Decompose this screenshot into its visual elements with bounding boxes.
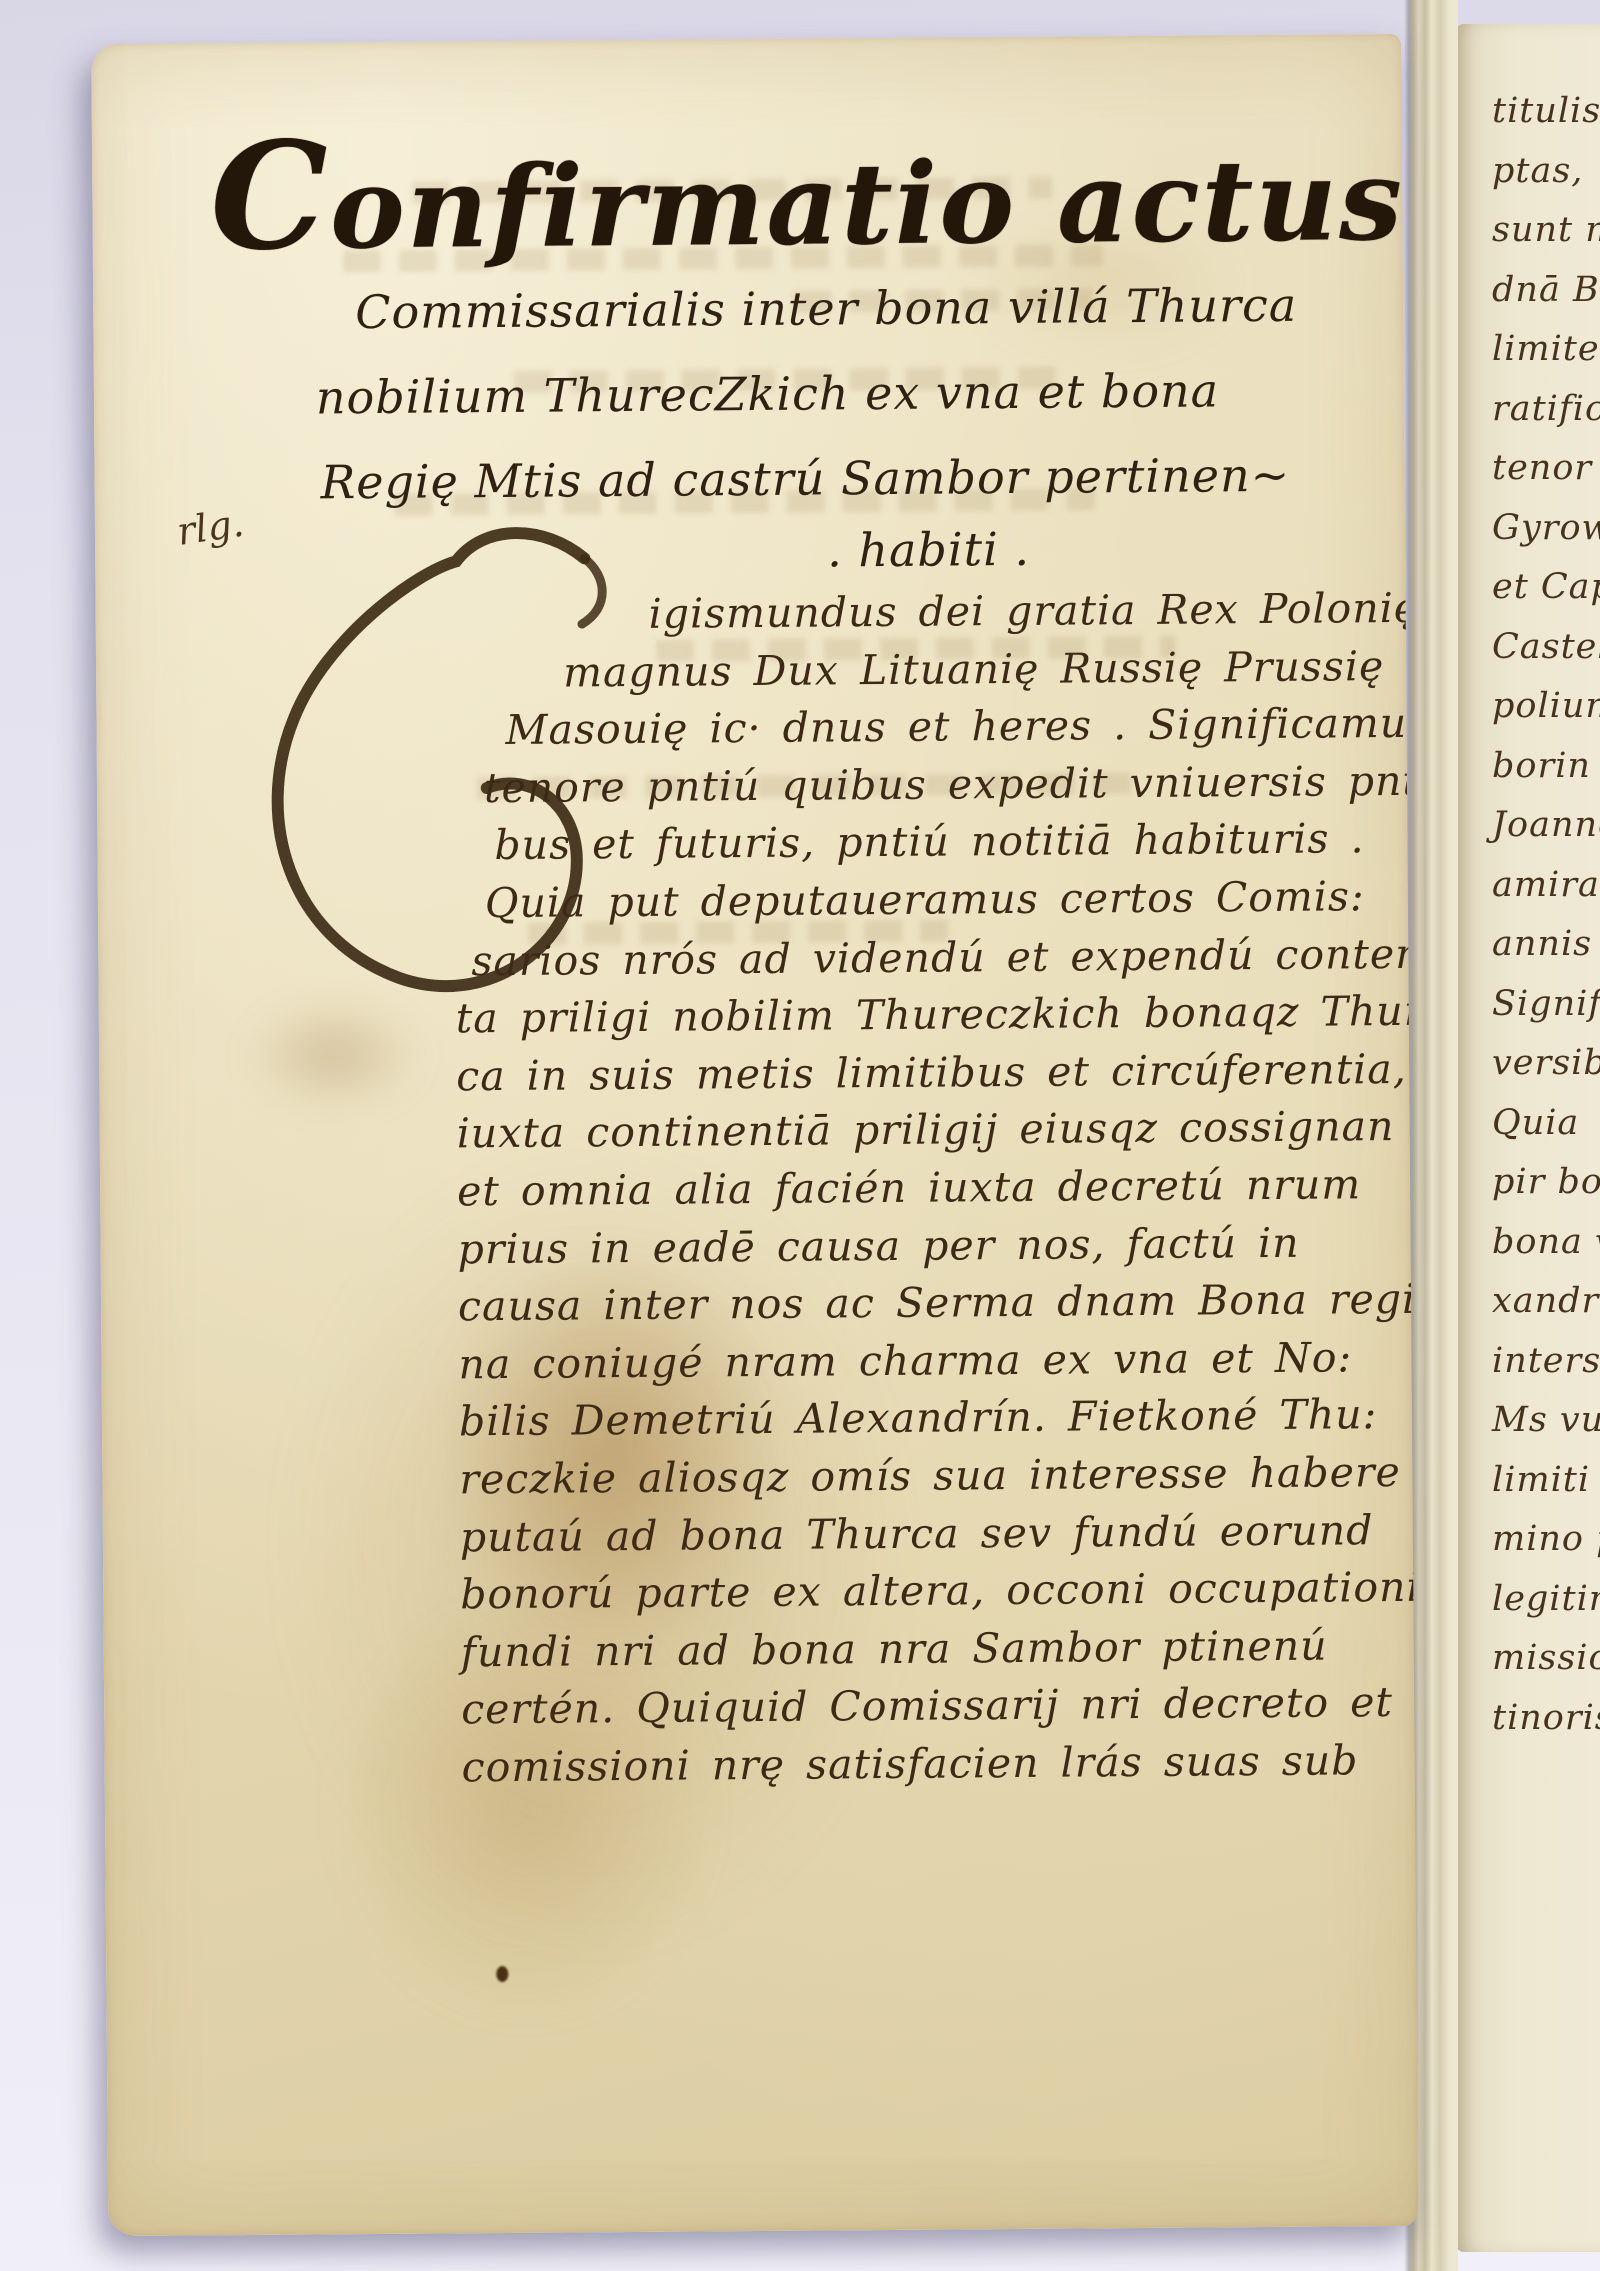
body-text-line: et omnia alia facién iuxta decretú nrum xyxy=(457,1156,1397,1221)
facing-page-text-fragment: legitimus xyxy=(1456,1570,1600,1630)
body-text-line: causa inter nos ac Serma dnam Bona regi: xyxy=(458,1271,1398,1336)
facing-page-text-fragment: ptas, xyxy=(1456,142,1600,202)
facing-page-text-fragment: tenor xyxy=(1456,439,1600,499)
facing-page-text-fragment: ratific xyxy=(1456,380,1600,440)
facing-page-text-fragment: sunt m xyxy=(1456,201,1600,261)
body-text-line: bonorú parte ex altera, occoni occupatio… xyxy=(460,1559,1400,1624)
facing-page-text-fragment: dnā B xyxy=(1456,261,1600,321)
body-text-line: magnus Dux Lituanię Russię Prussię xyxy=(453,638,1393,703)
body-text-line: certén. Quiquid Comissarij nri decreto e… xyxy=(461,1674,1401,1739)
facing-page-text-fragment: Joannes xyxy=(1456,796,1600,856)
body-text-line: Masouię ic· dnus et heres . Significamus xyxy=(453,695,1393,760)
body-text-line: ta priligi nobilim Thureczkich bonaqz Th… xyxy=(456,983,1396,1048)
facing-page-text-fragment: Castell xyxy=(1456,618,1600,678)
body-text-line: reczkie aliosqz omís sua interesse haber… xyxy=(459,1444,1399,1509)
drop-cap-letter: S xyxy=(385,1008,418,1064)
facing-page-text-fragment: et Cap xyxy=(1456,558,1600,618)
body-text-line: sarios nrós ad videndú et expendú conten… xyxy=(455,926,1395,991)
body-text: igismundus dei gratia Rex Polonię: magnu… xyxy=(452,580,1401,1797)
page-title: Confirmatio actus xyxy=(210,100,1405,283)
body-text-line: ca in suis metis limitibus et circúferen… xyxy=(456,1041,1396,1106)
manuscript-page: Confirmatio actus Commissarialis inter b… xyxy=(91,34,1418,2236)
facing-page-text-fragment: Quia xyxy=(1456,1094,1600,1154)
facing-page-text-fragment: bona v xyxy=(1456,1213,1600,1273)
body-text-line: igismundus dei gratia Rex Polonię: xyxy=(452,580,1392,645)
facing-page-text-fragment: versib xyxy=(1456,1034,1600,1094)
facing-page-text-fragment: annis xyxy=(1456,915,1600,975)
facing-page-text-fragment: xandri xyxy=(1456,1272,1600,1332)
facing-page-text-fragment: mino p xyxy=(1456,1510,1600,1570)
ink-speck xyxy=(496,1966,508,1982)
facing-page-text-fragment: limites xyxy=(1456,320,1600,380)
facing-page-text-fragment: limiti b xyxy=(1456,1451,1600,1511)
body-text-line: bus et futuris, pntiú notitiā habituris … xyxy=(454,810,1394,875)
body-text-line: na coniugé nram charma ex vna et No: xyxy=(458,1329,1398,1394)
subtitle-line: . habiti . xyxy=(827,517,1405,580)
body-text-line: bilis Demetriú Alexandrín. Fietkoné Thu: xyxy=(459,1386,1399,1451)
facing-page-text-fragment: tinoris xyxy=(1456,1689,1600,1749)
facing-page-text-fragment: Gyrowo xyxy=(1456,499,1600,559)
body-text-line: Quia put deputaueramus certos Comis: xyxy=(455,868,1395,933)
body-text-line: iuxta continentiā priligij eiusqz cossig… xyxy=(456,1098,1396,1163)
body-text-line: tenore pntiú quibus expedit vniuersis pn… xyxy=(454,753,1394,818)
facing-page-text-fragment: interssi xyxy=(1456,1332,1600,1392)
facing-page-text-fragment: Ms vus xyxy=(1456,1391,1600,1451)
body-text-line: comissioni nrę satisfacien lrás suas sub xyxy=(461,1732,1401,1797)
body-text-line: fundi nri ad bona nra Sambor ptinenú xyxy=(461,1617,1401,1682)
facing-page-text-fragment: pir bo xyxy=(1456,1153,1600,1213)
facing-page-text-fragment: amiran xyxy=(1456,856,1600,916)
facing-page-text-fragment: missioni xyxy=(1456,1629,1600,1689)
facing-page-sliver: titulis ptas, sunt m dnā B limites ratif… xyxy=(1456,24,1600,2252)
subtitle-line: Regię Mtis ad castrú Sambor pertinen~ xyxy=(320,432,1405,526)
facing-page-text-fragment: titulis xyxy=(1456,82,1600,142)
subtitle-line: nobilium ThurecZkich ex vna et bona xyxy=(316,347,1405,441)
manuscript-photo: titulis ptas, sunt m dnā B limites ratif… xyxy=(0,0,1600,2271)
facing-page-text-fragment: poliun, xyxy=(1456,677,1600,737)
facing-page-text-fragment: borin xyxy=(1456,737,1600,797)
body-text-line: putaú ad bona Thurca sev fundú eorund xyxy=(460,1501,1400,1566)
body-text-line: prius in eadē causa per nos, factú in xyxy=(457,1214,1397,1279)
subtitle-line: Commissarialis inter bona villá Thurca xyxy=(355,262,1404,355)
facing-page-text-fragment: Signifi xyxy=(1456,975,1600,1035)
